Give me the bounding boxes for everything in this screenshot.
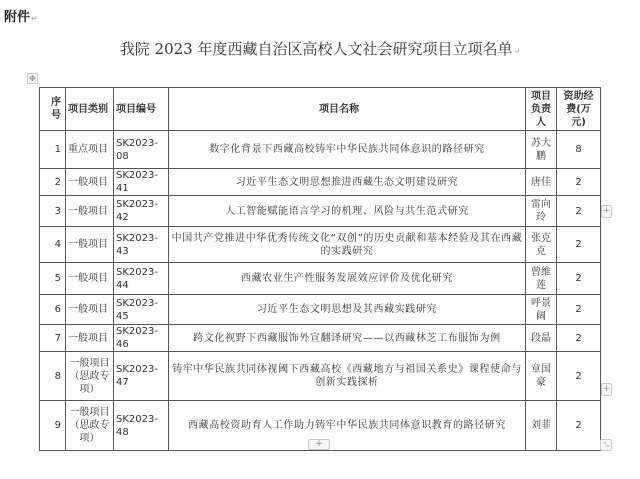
cell-category[interactable]: 一般项目 xyxy=(66,325,114,352)
paragraph-mark: ↵ xyxy=(514,47,521,56)
add-row-button[interactable]: + xyxy=(601,383,612,396)
header-category: 项目类别 xyxy=(66,88,114,131)
cell-leader[interactable]: 刘菲 xyxy=(526,401,557,451)
cell-name[interactable]: 铸牢中华民族共同体视阈下西藏高校《西藏地方与祖国关系史》课程使命与创新实践探析 xyxy=(169,352,526,401)
cell-funding[interactable]: 2 xyxy=(557,401,601,451)
cell-funding[interactable]: 2 xyxy=(557,196,601,227)
paragraph-mark: ↵ xyxy=(31,14,38,23)
cell-category[interactable]: 一般项目 xyxy=(66,263,114,295)
add-column-button[interactable]: + xyxy=(308,439,330,450)
table-header-row: 序号 项目类别 项目编号 项目名称 项目负责人 资助经费(万元) xyxy=(40,88,601,131)
cell-funding[interactable]: 2 xyxy=(557,263,601,295)
table-row: 4 一般项目 SK2023-43 中国共产党推进中华优秀传统文化“双创”的历史贡… xyxy=(40,227,601,263)
table-row: 1 重点项目 SK2023-08 数字化背景下西藏高校铸牢中华民族共同体意识的路… xyxy=(40,131,601,169)
cell-no[interactable]: 2 xyxy=(40,169,66,196)
cell-name[interactable]: 人工智能赋能语言学习的机理、风险与共生范式研究 xyxy=(169,196,526,227)
add-row-button[interactable]: + xyxy=(601,205,612,218)
table-row: 6 一般项目 SK2023-45 习近平生态文明思想及其西藏实践研究 呼景阔 2 xyxy=(40,295,601,325)
cell-name[interactable]: 跨文化视野下西藏服饰外宣翻译研究——以西藏林芝工布服饰为例 xyxy=(169,325,526,352)
cell-funding[interactable]: 2 xyxy=(557,295,601,325)
project-table: 序号 项目类别 项目编号 项目名称 项目负责人 资助经费(万元) 1 重点项目 … xyxy=(39,87,601,451)
cell-code[interactable]: SK2023-46 xyxy=(114,325,169,352)
cell-leader[interactable]: 曾维莲 xyxy=(526,263,557,295)
cell-leader[interactable]: 张克克 xyxy=(526,227,557,263)
cell-funding[interactable]: 2 xyxy=(557,169,601,196)
cell-code[interactable]: SK2023-44 xyxy=(114,263,169,295)
cell-name[interactable]: 西藏高校资助育人工作助力铸牢中华民族共同体意识教育的路径研究 xyxy=(169,401,526,451)
cell-funding[interactable]: 8 xyxy=(557,131,601,169)
cell-leader[interactable]: 唐佳 xyxy=(526,169,557,196)
cell-category[interactable]: 重点项目 xyxy=(66,131,114,169)
cell-leader[interactable]: 雷向玲 xyxy=(526,196,557,227)
header-name: 项目名称 xyxy=(169,88,526,131)
header-code: 项目编号 xyxy=(114,88,169,131)
cell-no[interactable]: 4 xyxy=(40,227,66,263)
cell-code[interactable]: SK2023-43 xyxy=(114,227,169,263)
cell-code[interactable]: SK2023-41 xyxy=(114,169,169,196)
cell-no[interactable]: 5 xyxy=(40,263,66,295)
header-leader: 项目负责人 xyxy=(526,88,557,131)
table-row: 7 一般项目 SK2023-46 跨文化视野下西藏服饰外宣翻译研究——以西藏林芝… xyxy=(40,325,601,352)
cell-funding[interactable]: 2 xyxy=(557,227,601,263)
cell-name[interactable]: 习近平生态文明思想推进西藏生态文明建设研究 xyxy=(169,169,526,196)
cell-category[interactable]: 一般项目（思政专项） xyxy=(66,401,114,451)
attachment-label: 附件↵ xyxy=(4,6,38,25)
table-row: 3 一般项目 SK2023-42 人工智能赋能语言学习的机理、风险与共生范式研究… xyxy=(40,196,601,227)
cell-no[interactable]: 6 xyxy=(40,295,66,325)
cell-no[interactable]: 8 xyxy=(40,352,66,401)
cell-category[interactable]: 一般项目 xyxy=(66,169,114,196)
table-row: 8 一般项目（思政专项） SK2023-47 铸牢中华民族共同体视阈下西藏高校《… xyxy=(40,352,601,401)
cell-no[interactable]: 1 xyxy=(40,131,66,169)
cell-code[interactable]: SK2023-48 xyxy=(114,401,169,451)
cell-category[interactable]: 一般项目 xyxy=(66,227,114,263)
cell-code[interactable]: SK2023-47 xyxy=(114,352,169,401)
header-no: 序号 xyxy=(40,88,66,131)
cell-category[interactable]: 一般项目 xyxy=(66,196,114,227)
cell-no[interactable]: 7 xyxy=(40,325,66,352)
table-row: 2 一般项目 SK2023-41 习近平生态文明思想推进西藏生态文明建设研究 唐… xyxy=(40,169,601,196)
cell-name[interactable]: 中国共产党推进中华优秀传统文化“双创”的历史贡献和基本经验及其在西藏的实践研究 xyxy=(169,227,526,263)
cell-leader[interactable]: 段晶 xyxy=(526,325,557,352)
header-funding: 资助经费(万元) xyxy=(557,88,601,131)
cell-category[interactable]: 一般项目（思政专项） xyxy=(66,352,114,401)
cell-leader[interactable]: 章国豪 xyxy=(526,352,557,401)
cell-funding[interactable]: 2 xyxy=(557,352,601,401)
table-move-handle-icon[interactable]: ✥ xyxy=(27,73,38,84)
cell-leader[interactable]: 苏大鹏 xyxy=(526,131,557,169)
cell-code[interactable]: SK2023-08 xyxy=(114,131,169,169)
cell-leader[interactable]: 呼景阔 xyxy=(526,295,557,325)
cell-name[interactable]: 西藏农业生产性服务发展效应评价及优化研究 xyxy=(169,263,526,295)
cell-name[interactable]: 数字化背景下西藏高校铸牢中华民族共同体意识的路径研究 xyxy=(169,131,526,169)
document-title: 我院 2023 年度西藏自治区高校人文社会研究项目立项名单↵ xyxy=(0,38,640,59)
cell-no[interactable]: 3 xyxy=(40,196,66,227)
table-row: 5 一般项目 SK2023-44 西藏农业生产性服务发展效应评价及优化研究 曾维… xyxy=(40,263,601,295)
cell-code[interactable]: SK2023-45 xyxy=(114,295,169,325)
cell-code[interactable]: SK2023-42 xyxy=(114,196,169,227)
cell-name[interactable]: 习近平生态文明思想及其西藏实践研究 xyxy=(169,295,526,325)
cell-no[interactable]: 9 xyxy=(40,401,66,451)
table-resize-handle-icon[interactable]: ⤡ xyxy=(600,439,612,451)
cell-funding[interactable]: 2 xyxy=(557,325,601,352)
cell-category[interactable]: 一般项目 xyxy=(66,295,114,325)
